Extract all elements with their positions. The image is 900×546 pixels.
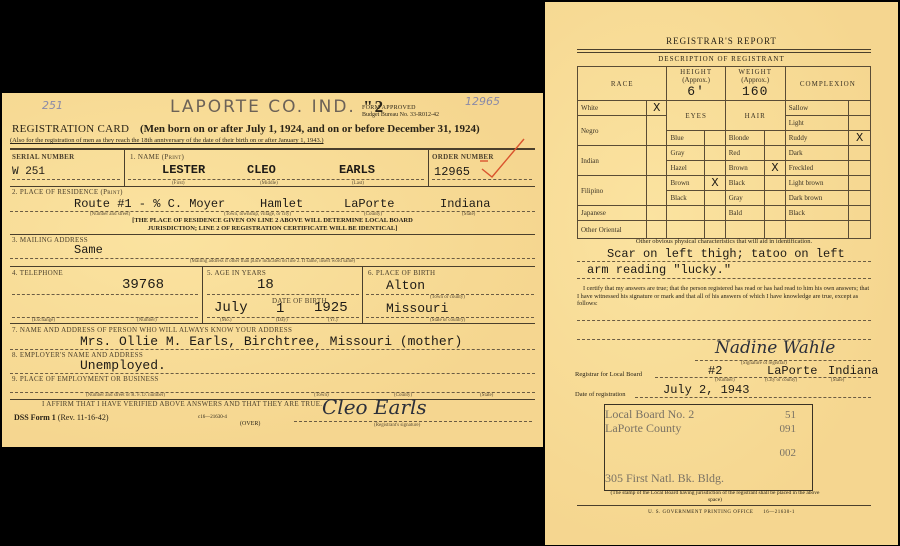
residence-street: Route #1 - % C. Moyer <box>74 197 225 211</box>
weight-value: 160 <box>727 84 784 99</box>
telephone-label: 4. TELEPHONE <box>12 269 63 277</box>
dob-day: 1 <box>276 301 284 317</box>
caption: (Town or county) <box>430 295 465 300</box>
mailing-value: Same <box>74 243 103 257</box>
board-number: #2 <box>708 364 722 378</box>
race-filipino: Filipino <box>578 176 647 206</box>
hair-mark <box>765 146 786 161</box>
registrars-report-back: REGISTRAR'S REPORT DESCRIPTION OF REGIST… <box>545 2 898 545</box>
title-sub: (Men born on or after July 1, 1924, and … <box>140 123 480 135</box>
contact-label: 7. NAME AND ADDRESS OF PERSON WHO WILL A… <box>12 326 292 334</box>
form-approved-label: FORM APPROVED <box>362 105 439 112</box>
weight-header-sub: (Approx.) <box>727 76 784 84</box>
registrar-signature: Nadine Wahle <box>715 338 835 358</box>
hair-blonde: Blonde <box>725 131 764 146</box>
date-value: July 2, 1943 <box>663 383 749 397</box>
employment-label: 9. PLACE OF EMPLOYMENT OR BUSINESS <box>12 375 159 383</box>
residence-label: 2. PLACE OF RESIDENCE (Print) <box>12 188 123 196</box>
complexion-header: COMPLEXION <box>785 67 870 101</box>
hair-mark <box>765 176 786 191</box>
other-characteristics-label: Other obvious physical characteristics t… <box>577 238 871 245</box>
hair-mark <box>765 206 786 221</box>
hair-gray: Gray <box>725 191 764 206</box>
complexion-black: Black <box>785 206 849 221</box>
eyes-gray: Gray <box>667 146 705 161</box>
complexion-mark <box>849 191 871 206</box>
printer-line: U. S. GOVERNMENT PRINTING OFFICE 16—2163… <box>545 510 898 515</box>
other-characteristics-line2: arm reading "lucky." <box>587 263 731 277</box>
stamp-caption: (The stamp of the Local Board having jur… <box>605 490 825 503</box>
caption: (Mailing address if other than place ind… <box>2 259 543 264</box>
order-value: 12965 <box>434 165 470 179</box>
eyes-mark <box>705 191 726 206</box>
race-negro: Negro <box>578 116 647 146</box>
board-city: LaPorte <box>767 364 817 378</box>
complexion-mark <box>849 176 871 191</box>
race-mark <box>646 146 667 176</box>
hair-brown-mark: X <box>765 161 786 176</box>
eyes-brown: Brown <box>667 176 705 191</box>
card-subtitle: (Also for the registration of men as the… <box>10 137 324 144</box>
race-mark <box>646 176 667 206</box>
height-header-sub: (Approx.) <box>668 76 723 84</box>
pob-label: 6. PLACE OF BIRTH <box>368 269 435 277</box>
residence-town: Hamlet <box>260 197 303 211</box>
report-title: REGISTRAR'S REPORT <box>545 36 898 46</box>
pob-town: Alton <box>386 278 425 293</box>
name-middle: CLEO <box>247 163 276 177</box>
hair-black: Black <box>725 176 764 191</box>
dob-year: 1925 <box>314 300 348 316</box>
complexion-mark <box>849 116 871 131</box>
eyes-mark <box>705 131 726 146</box>
form-id-label: DSS Form 1 <box>14 413 56 422</box>
residence-state: Indiana <box>440 197 490 211</box>
hair-brown: Brown <box>725 161 764 176</box>
jurisdiction-note: [THE PLACE OF RESIDENCE GIVEN ON LINE 2 … <box>2 217 543 233</box>
height-value: 6' <box>668 84 723 99</box>
printer-code: 16—21630-1 <box>763 510 795 515</box>
registrar-label: Registrar for Local Board <box>575 371 642 378</box>
over-label: (OVER) <box>240 421 260 427</box>
race-header: RACE <box>578 67 667 101</box>
certification-text: I certify that my answers are true; that… <box>577 285 871 308</box>
registrant-signature: Cleo Earls <box>322 395 427 419</box>
caption: (State) <box>831 378 844 383</box>
other-characteristics-line1: Scar on left thigh; tatoo on left <box>607 247 845 261</box>
report-subtitle: DESCRIPTION OF REGISTRANT <box>545 55 898 63</box>
stamp-code: 51 <box>785 409 796 421</box>
serial-value: W 251 <box>12 166 45 178</box>
race-other-oriental: Other Oriental <box>578 221 647 239</box>
weight-header: WEIGHT (Approx.) 160 <box>725 67 785 101</box>
name-first: LESTER <box>162 163 205 177</box>
stamp-line: LaPorte County <box>605 421 681 436</box>
caption: (City or county) <box>765 378 797 383</box>
board-state: Indiana <box>828 364 878 378</box>
eyes-black: Black <box>667 191 705 206</box>
eyes-mark <box>705 146 726 161</box>
caption: (Number and street or R. F. D. number) <box>86 393 165 398</box>
pob-state: Missouri <box>386 301 448 316</box>
race-mark <box>646 116 667 146</box>
eyes-mark <box>705 161 726 176</box>
jurisdiction-note-line: JURISDICTION; LINE 2 OF REGISTRATION CER… <box>2 225 543 233</box>
age-label: 5. AGE IN YEARS <box>207 269 266 277</box>
complexion-light: Light <box>785 116 849 131</box>
serial-label: SERIAL NUMBER <box>12 153 74 161</box>
race-mark <box>646 221 667 239</box>
eyes-blue: Blue <box>667 131 705 146</box>
dob-month: July <box>214 300 248 316</box>
county-stamp: LAPORTE CO. IND. "2 <box>170 97 385 117</box>
form-id: DSS Form 1 (Rev. 11-16-42) <box>14 413 109 422</box>
eyes-brown-mark: X <box>705 176 726 191</box>
complexion-freckled: Freckled <box>785 161 849 176</box>
race-indian: Indian <box>578 146 647 176</box>
printer: U. S. GOVERNMENT PRINTING OFFICE <box>648 510 753 515</box>
complexion-mark <box>849 161 871 176</box>
pencil-order: 12965 <box>465 95 500 108</box>
caption: (Registrant's signature) <box>374 423 420 428</box>
telephone-value: 39768 <box>122 277 164 293</box>
title: REGISTRATION CARD <box>12 123 129 135</box>
eyes-hazel: Hazel <box>667 161 705 176</box>
complexion-sallow: Sallow <box>785 101 849 116</box>
race-japanese: Japanese <box>578 206 647 221</box>
hair-header: HAIR <box>725 101 785 131</box>
stamp-code: 091 <box>780 423 797 435</box>
race-white: White <box>578 101 647 116</box>
registration-card-front: 251 LAPORTE CO. IND. "2 FORM APPROVED Bu… <box>2 93 543 447</box>
age-value: 18 <box>257 277 274 293</box>
eyes-header: EYES <box>667 101 725 131</box>
jurisdiction-note-line: [THE PLACE OF RESIDENCE GIVEN ON LINE 2 … <box>2 217 543 225</box>
name-label: 1. NAME (Print) <box>130 153 184 161</box>
date-label: Date of registration <box>575 391 626 398</box>
contact-value: Mrs. Ollie M. Earls, Birchtree, Missouri… <box>80 334 462 349</box>
race-white-mark: X <box>646 101 667 116</box>
local-board-stamp: Local Board No. 2 LaPorte County 305 Fir… <box>604 404 813 491</box>
checkmark-icon <box>480 137 530 181</box>
pencil-note: 251 <box>42 99 63 112</box>
hair-mark <box>765 131 786 146</box>
stamp-line: Local Board No. 2 <box>605 407 694 422</box>
complexion-mark <box>849 146 871 161</box>
height-header: HEIGHT (Approx.) 6' <box>667 67 725 101</box>
complexion-ruddy-mark: X <box>849 131 871 146</box>
complexion-dark: Dark <box>785 146 849 161</box>
hair-mark <box>765 191 786 206</box>
complexion-light-brown: Light brown <box>785 176 849 191</box>
budget-bureau: Budget Bureau No. 33-R012-42 <box>362 112 439 119</box>
residence-county: LaPorte <box>344 197 394 211</box>
name-last: EARLS <box>339 163 375 177</box>
hair-bald: Bald <box>725 206 764 221</box>
caption: (State) <box>480 393 493 398</box>
card-title: REGISTRATION CARD (Men born on or after … <box>12 123 480 135</box>
affirm-statement: I AFFIRM THAT I HAVE VERIFIED ABOVE ANSW… <box>42 400 322 408</box>
stamp-line: 305 First Natl. Bk. Bldg. <box>605 471 724 486</box>
form-approved: FORM APPROVED Budget Bureau No. 33-R012-… <box>362 105 439 119</box>
description-table: RACE HEIGHT (Approx.) 6' WEIGHT (Approx.… <box>577 66 871 239</box>
hair-red: Red <box>725 146 764 161</box>
weight-header-label: WEIGHT <box>727 68 784 76</box>
form-rev: (Rev. 11-16-42) <box>58 413 109 422</box>
print-code: c16—21630-4 <box>198 415 227 420</box>
complexion-ruddy: Ruddy <box>785 131 849 146</box>
employer-value: Unemployed. <box>80 358 166 373</box>
complexion-mark <box>849 206 871 221</box>
height-header-label: HEIGHT <box>668 68 723 76</box>
county-stamp-text: LAPORTE CO. IND. <box>170 97 356 117</box>
stamp-code: 002 <box>780 447 797 459</box>
complexion-dark-brown: Dark brown <box>785 191 849 206</box>
complexion-mark <box>849 101 871 116</box>
race-mark <box>646 206 667 221</box>
